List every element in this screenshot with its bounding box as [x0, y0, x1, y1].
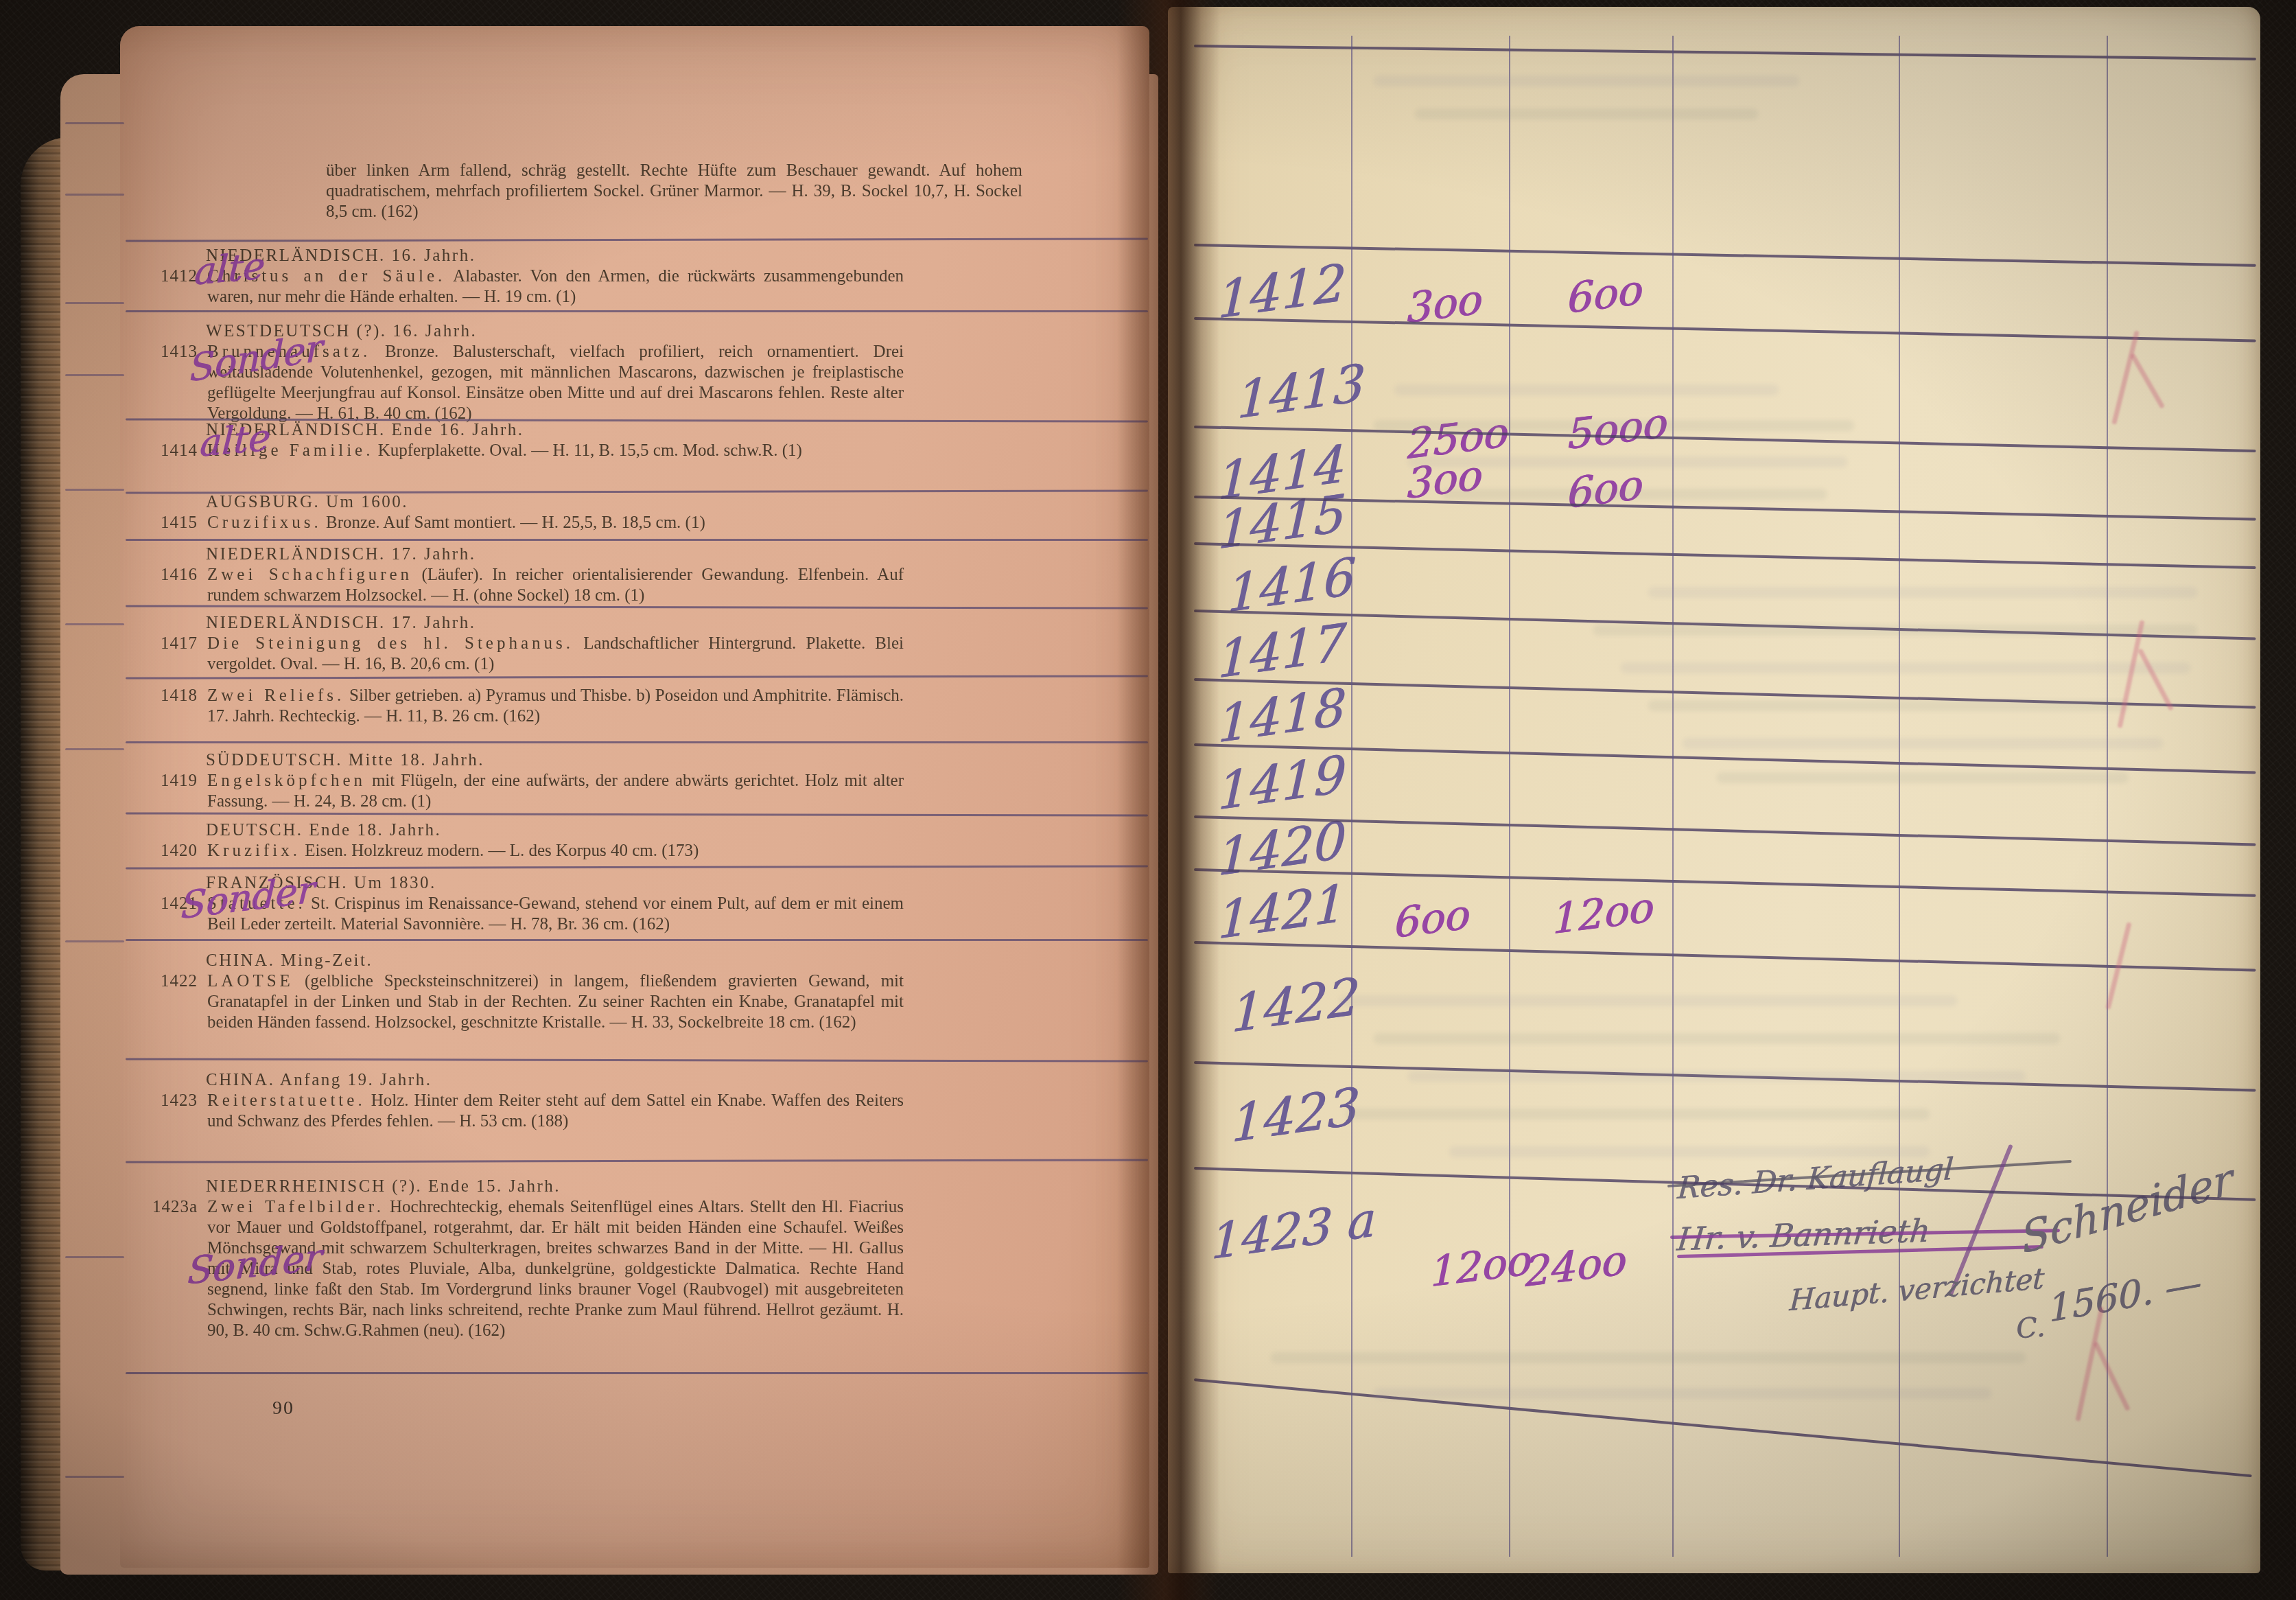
- catalog-entry-1419: SÜDDEUTSCH. Mitte 18. Jahrh. 1419 Engels…: [120, 750, 1040, 812]
- bleed-through-text-line: [1271, 1352, 2026, 1363]
- bleed-through-text-line: [1408, 1071, 2026, 1082]
- catalog-entry-1418: 1418 Zwei Reliefs. Silber getrieben. a) …: [120, 686, 1040, 727]
- under-page-line-stub: [65, 940, 124, 942]
- ledger-row-line: [1194, 45, 2256, 60]
- entry-divider-line: [126, 675, 1148, 679]
- entry-lot-number: 1420: [120, 841, 207, 861]
- bleed-through-text-line: [1415, 108, 1758, 119]
- bleed-through-text-line: [1374, 1033, 2060, 1044]
- entry-lot-number: 1422: [120, 971, 207, 1033]
- entry-lot-number: 1417: [120, 634, 207, 675]
- bleed-through-text-line: [1717, 772, 2129, 783]
- entry-title: Zwei Reliefs.: [207, 686, 344, 705]
- bleed-through-text-line: [1648, 587, 2197, 598]
- entry-divider-line: [126, 741, 1148, 743]
- entry-title: Engelsköpfchen: [207, 772, 366, 790]
- entry-lot-number: 1414: [120, 441, 207, 461]
- entry-title: Kruzifix.: [207, 842, 301, 860]
- ledger-column-line: [2107, 36, 2108, 1557]
- under-page-line-stub: [65, 1476, 124, 1478]
- ledger-lot: 1415: [1217, 483, 1347, 561]
- ledger-row: 1412 3oo 6oo: [1168, 262, 2260, 338]
- bleed-through-text-line: [1339, 995, 1957, 1006]
- bleed-through-text-line: [1374, 76, 1799, 86]
- entry-divider-line: [126, 939, 1148, 941]
- bleed-through-text-line: [1394, 384, 1779, 395]
- entry-text: Heilige Familie. Kupferplakette. Oval. —…: [207, 441, 904, 461]
- bleed-through-text-line: [1374, 420, 1854, 431]
- entry-header: NIEDERLÄNDISCH. 17. Jahrh.: [206, 544, 1040, 565]
- entry-title: Cruzifixus.: [207, 513, 322, 532]
- ledger-column-line: [1899, 36, 1900, 1557]
- catalog-entry-1420: DEUTSCH. Ende 18. Jahrh. 1420 Kruzifix. …: [120, 820, 1040, 861]
- catalog-entry-1415: AUGSBURG. Um 1600. 1415 Cruzifixus. Bron…: [120, 492, 1040, 533]
- entry-title: Zwei Schachfiguren: [207, 566, 412, 584]
- entry-text: Reiterstatuette. Holz. Hinter dem Reiter…: [207, 1091, 904, 1132]
- entry-header: DEUTSCH. Ende 18. Jahrh.: [206, 820, 1040, 841]
- entry-header: NIEDERRHEINISCH (?). Ende 15. Jahrh.: [206, 1176, 1040, 1197]
- ledger-column-line: [1672, 36, 1674, 1557]
- under-page-line-stub: [65, 194, 124, 196]
- note-initial: C.: [2015, 1312, 2046, 1345]
- entry-description: Kupferplakette. Oval. — H. 11, B. 15,5 c…: [378, 441, 802, 460]
- entry-title: Zwei Tafelbilder.: [207, 1198, 384, 1216]
- entry-header: NIEDERLÄNDISCH. 17. Jahrh.: [206, 613, 1040, 634]
- entry-header: CHINA. Anfang 19. Jahrh.: [206, 1070, 1040, 1091]
- entry-text: Cruzifixus. Bronze. Auf Samt montiert. —…: [207, 513, 904, 533]
- under-page-line-stub: [65, 489, 124, 491]
- bleed-through-text-line: [1593, 625, 2197, 636]
- entry-title: LAOTSE: [207, 972, 294, 990]
- entry-lot-number: 1423: [120, 1091, 207, 1132]
- under-page-line-stub: [65, 302, 124, 304]
- entry-text: LAOTSE (gelbliche Specksteinschnitzerei)…: [207, 971, 904, 1033]
- margin-note-alte-1414: alte: [199, 415, 272, 465]
- ledger-lot: 1422: [1230, 966, 1361, 1044]
- ledger-lot: 1423: [1230, 1076, 1361, 1154]
- entry-divider-line: [126, 237, 1148, 242]
- ledger-estimate: 12oo: [1430, 1236, 1532, 1297]
- entry-title: Reiterstatuette.: [207, 1091, 366, 1110]
- bleed-through-text-line: [1374, 1388, 1991, 1399]
- ledger-lot: 1418: [1217, 677, 1347, 754]
- entry-divider-line: [126, 310, 1148, 312]
- entry-lot-number: 1415: [120, 513, 207, 533]
- entry-header: NIEDERLÄNDISCH. 16. Jahrh.: [206, 246, 1040, 266]
- bleed-through-text-line: [1346, 1109, 1930, 1120]
- bleed-through-text-line: [1648, 700, 2129, 711]
- entry-divider-line: [126, 1159, 1148, 1163]
- book-gutter-shadow: [1117, 0, 1220, 1600]
- entry-header: CHINA. Ming-Zeit.: [206, 951, 1040, 971]
- catalog-page: über linken Arm fallend, schräg gestellt…: [120, 26, 1149, 1568]
- ledger-column-line: [1351, 36, 1352, 1557]
- ledger-result: 12oo: [1552, 883, 1654, 944]
- entry-divider-line: [126, 539, 1148, 541]
- ledger-lot: 1419: [1217, 744, 1347, 822]
- ledger-column-line: [1509, 36, 1510, 1557]
- ledger-lot: 1421: [1217, 873, 1347, 951]
- entry-text: Engelsköpfchen mit Flügeln, der eine auf…: [207, 771, 904, 812]
- ledger-result: 6oo: [1567, 266, 1643, 323]
- ledger-estimate: 6oo: [1394, 890, 1471, 948]
- ledger-page: 1412 3oo 6oo 1413 25oo 5ooo 1414 3oo 6oo…: [1168, 7, 2260, 1573]
- bleed-through-text-line: [1683, 738, 2163, 749]
- entry-text: Kruzifix. Eisen. Holzkreuz modern. — L. …: [207, 841, 904, 861]
- under-page-edge: [103, 1278, 113, 1569]
- entry-header: AUGSBURG. Um 1600.: [206, 492, 1040, 513]
- entry-header: NIEDERLÄNDISCH. Ende 16. Jahrh.: [206, 420, 1040, 441]
- under-page-line-stub: [65, 122, 124, 124]
- bleed-through-text-line: [1449, 1146, 1930, 1157]
- entry-lot-number: 1418: [120, 686, 207, 727]
- entry-text: Zwei Schachfiguren (Läufer). In reicher …: [207, 565, 904, 606]
- entry-description: Bronze. Auf Samt montiert. — H. 25,5, B.…: [326, 513, 705, 532]
- entry-lot-number: 1419: [120, 771, 207, 812]
- entry-description: (gelbliche Specksteinschnitzerei) in lan…: [207, 972, 904, 1032]
- entry-divider-line: [126, 1372, 1148, 1374]
- under-page-line-stub: [65, 1256, 124, 1258]
- under-page-line-stub: [65, 623, 124, 625]
- entry-header: WESTDEUTSCH (?). 16. Jahrh.: [206, 321, 1040, 342]
- catalog-entry-1423: CHINA. Anfang 19. Jahrh. 1423 Reiterstat…: [120, 1070, 1040, 1132]
- under-page-line-stub: [65, 374, 124, 376]
- entry-divider-line: [126, 812, 1148, 816]
- under-page-line-stub: [65, 748, 124, 750]
- bleed-through-text-line: [1621, 662, 2190, 673]
- continuation-paragraph: über linken Arm fallend, schräg gestellt…: [326, 161, 1022, 222]
- margin-note-alte-1412: alte: [194, 244, 266, 294]
- entry-divider-line: [126, 865, 1148, 869]
- book-scan: über linken Arm fallend, schräg gestellt…: [0, 0, 2296, 1600]
- entry-text: Zwei Reliefs. Silber getrieben. a) Pyram…: [207, 686, 904, 727]
- entry-title: Die Steinigung des hl. Stephanus.: [207, 634, 574, 653]
- entry-text: Die Steinigung des hl. Stephanus. Landsc…: [207, 634, 904, 675]
- entry-description: Eisen. Holzkreuz modern. — L. des Korpus…: [305, 842, 699, 860]
- ledger-lot: 1413: [1236, 353, 1366, 430]
- entry-header: FRANZÖSISCH. Um 1830.: [206, 873, 1040, 894]
- entry-header: SÜDDEUTSCH. Mitte 18. Jahrh.: [206, 750, 1040, 771]
- entry-lot-number: 1416: [120, 565, 207, 606]
- entry-text: Christus an der Säule. Alabaster. Von de…: [207, 266, 904, 308]
- catalog-entry-1416: NIEDERLÄNDISCH. 17. Jahrh. 1416 Zwei Sch…: [120, 544, 1040, 606]
- page-number: 90: [272, 1398, 294, 1419]
- catalog-entry-1422: CHINA. Ming-Zeit. 1422 LAOTSE (gelbliche…: [120, 951, 1040, 1033]
- bleed-through-text-line: [1442, 489, 1827, 500]
- ledger-result: 24oo: [1525, 1236, 1627, 1297]
- entry-divider-line: [126, 1058, 1148, 1062]
- catalog-entry-1417: NIEDERLÄNDISCH. 17. Jahrh. 1417 Die Stei…: [120, 613, 1040, 675]
- bleed-through-text-line: [1408, 456, 1847, 467]
